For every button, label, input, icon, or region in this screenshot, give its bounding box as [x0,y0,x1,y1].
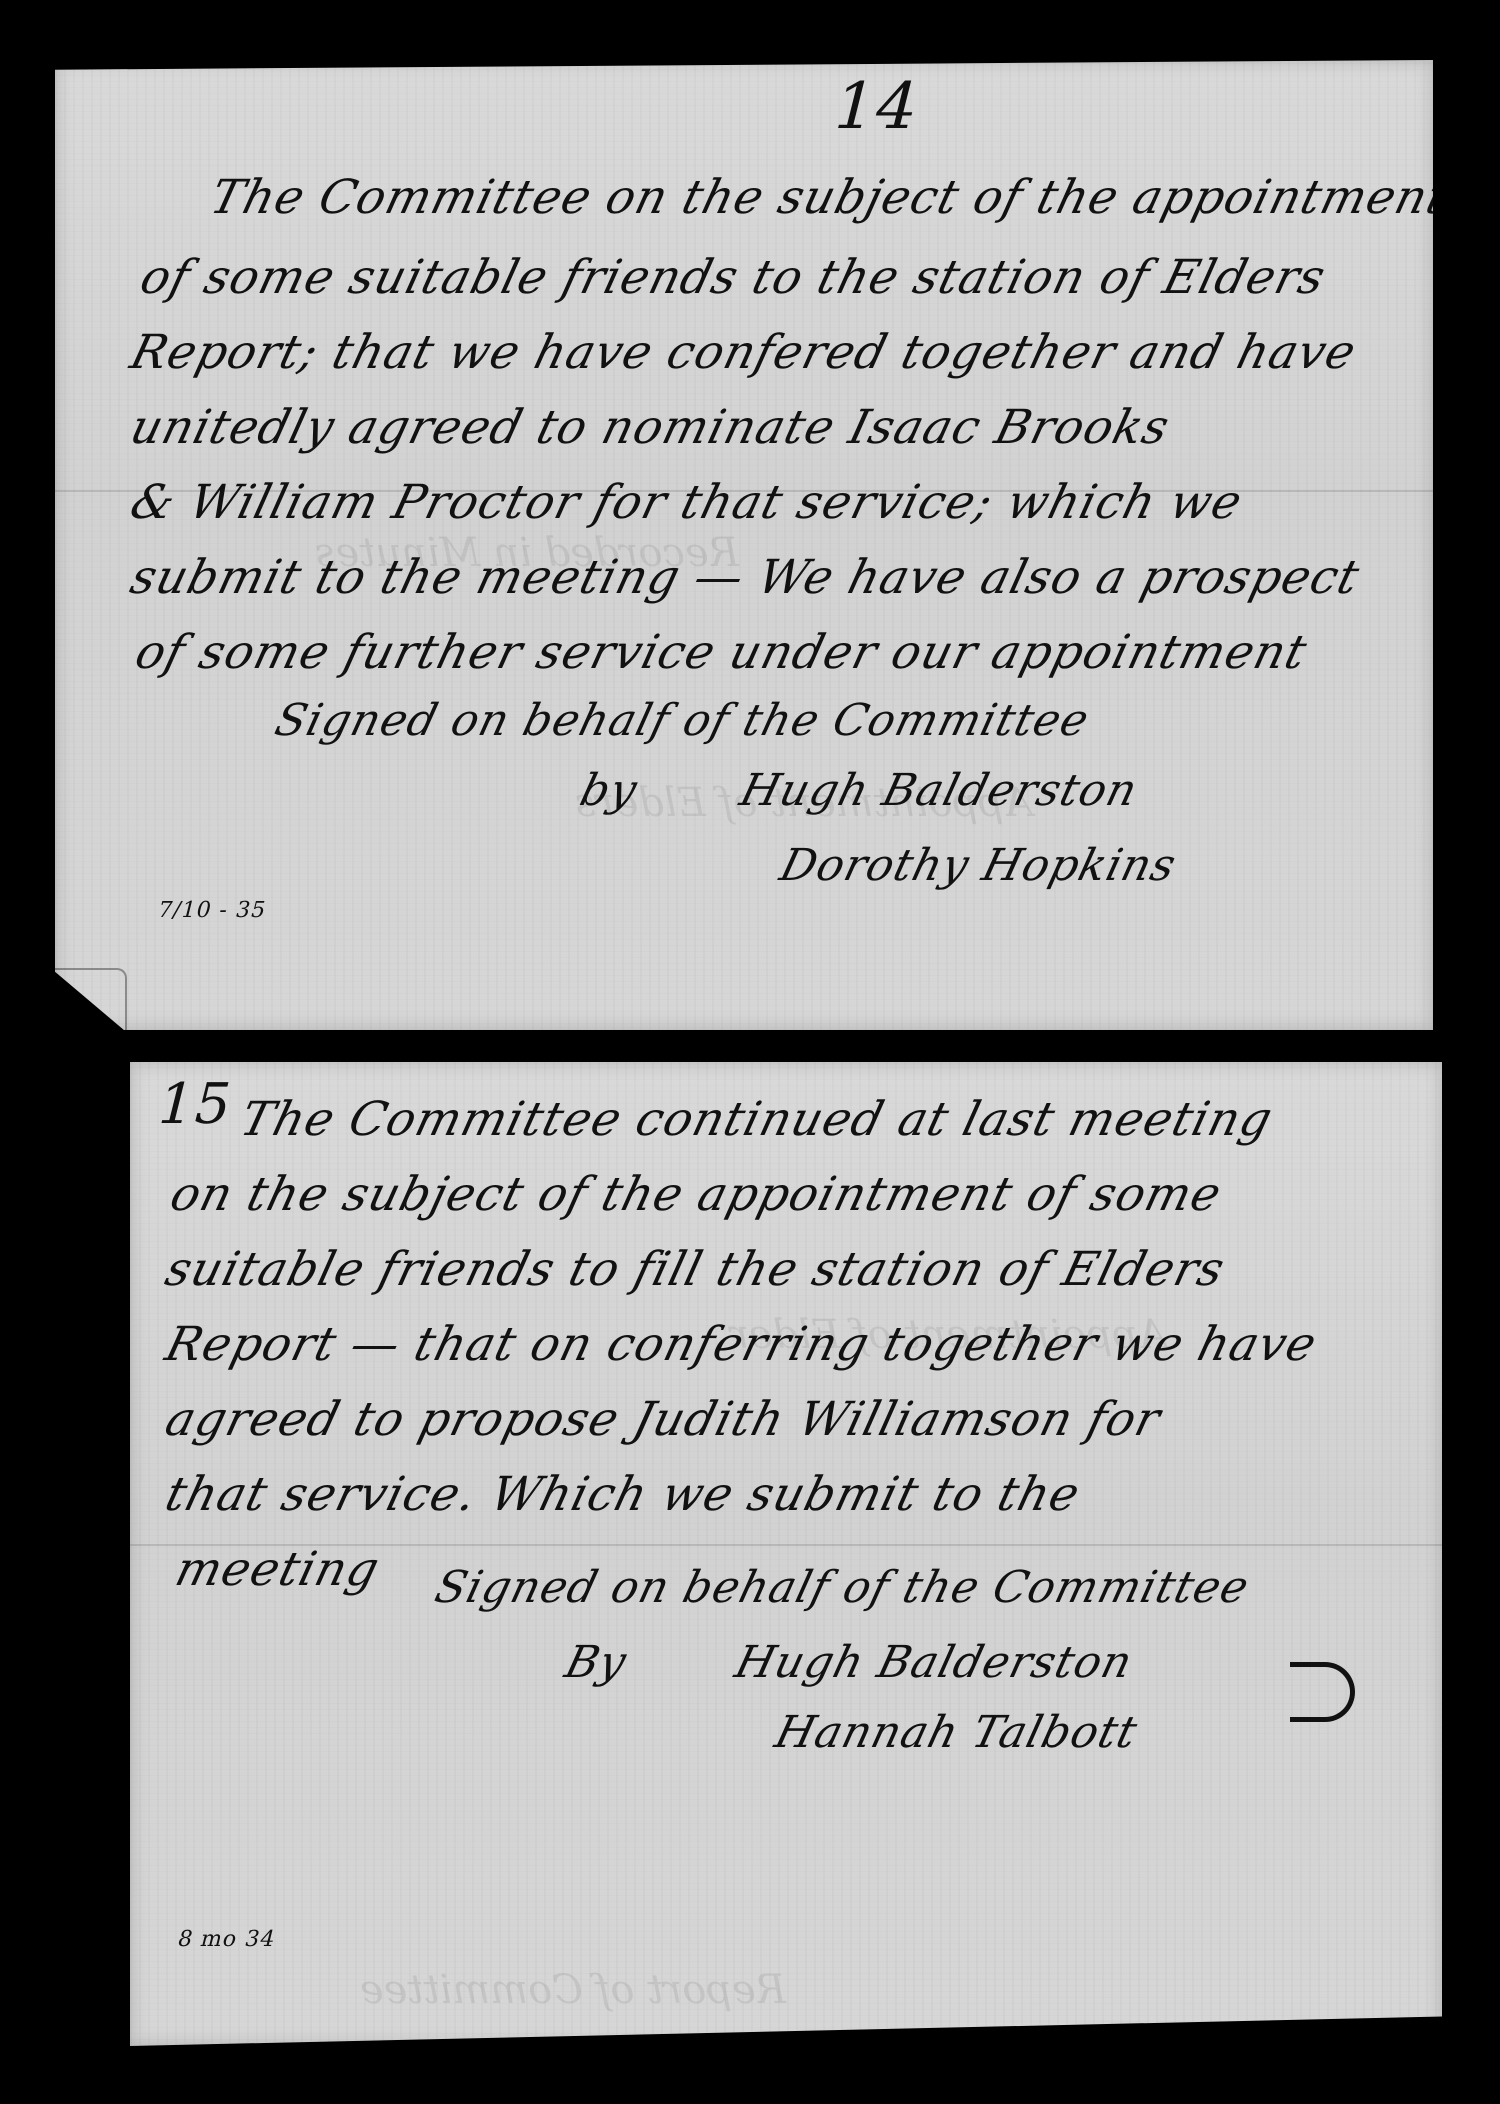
bleed-through-text: Report of Committee [360,1967,786,2013]
page-number: 15 [150,1072,239,1137]
page-number: 14 [825,70,927,144]
text-line: The Committee continued at last meeting [235,1092,1278,1147]
signature: Hugh Balderston [735,765,1143,816]
text-line: unitedly agreed to nominate Isaac Brooks [125,400,1175,455]
text-line: & William Proctor for that service; whic… [125,475,1248,530]
text-line: Report; that we have confered together a… [125,325,1362,380]
signature: Dorothy Hopkins [775,840,1182,891]
text-line: on the subject of the appointment of som… [165,1167,1227,1222]
signature: Hannah Talbott [770,1707,1143,1758]
text-line: of some further service under our appoin… [130,625,1313,680]
signed-on-behalf-line: Signed on behalf of the Committee [430,1562,1254,1613]
text-line: suitable friends to fill the station of … [160,1242,1230,1297]
text-line: meeting [170,1542,385,1597]
margin-date-note: 8 mo 34 [175,1927,278,1952]
text-line: submit to the meeting — We have also a p… [125,550,1365,605]
text-line: of some suitable friends to the station … [135,250,1331,305]
signature: Hugh Balderston [730,1637,1138,1688]
text-line: agreed to propose Judith Williamson for [160,1392,1166,1447]
signature-flourish [1290,1662,1355,1722]
by-label: By [560,1637,632,1688]
document-page-14: Recorded in Minutes Appointment of Elder… [55,60,1433,1030]
dog-eared-corner [55,968,127,1030]
margin-date-note: 7/10 - 35 [155,898,269,923]
signed-on-behalf-line: Signed on behalf of the Committee [270,695,1094,746]
text-line: The Committee on the subject of the appo… [205,170,1454,225]
text-line: that service. Which we submit to the [160,1467,1086,1522]
text-line: Report — that on conferring together we … [160,1317,1323,1372]
document-page-15: Appointment of Elder Report of Committee… [130,1062,1442,2046]
